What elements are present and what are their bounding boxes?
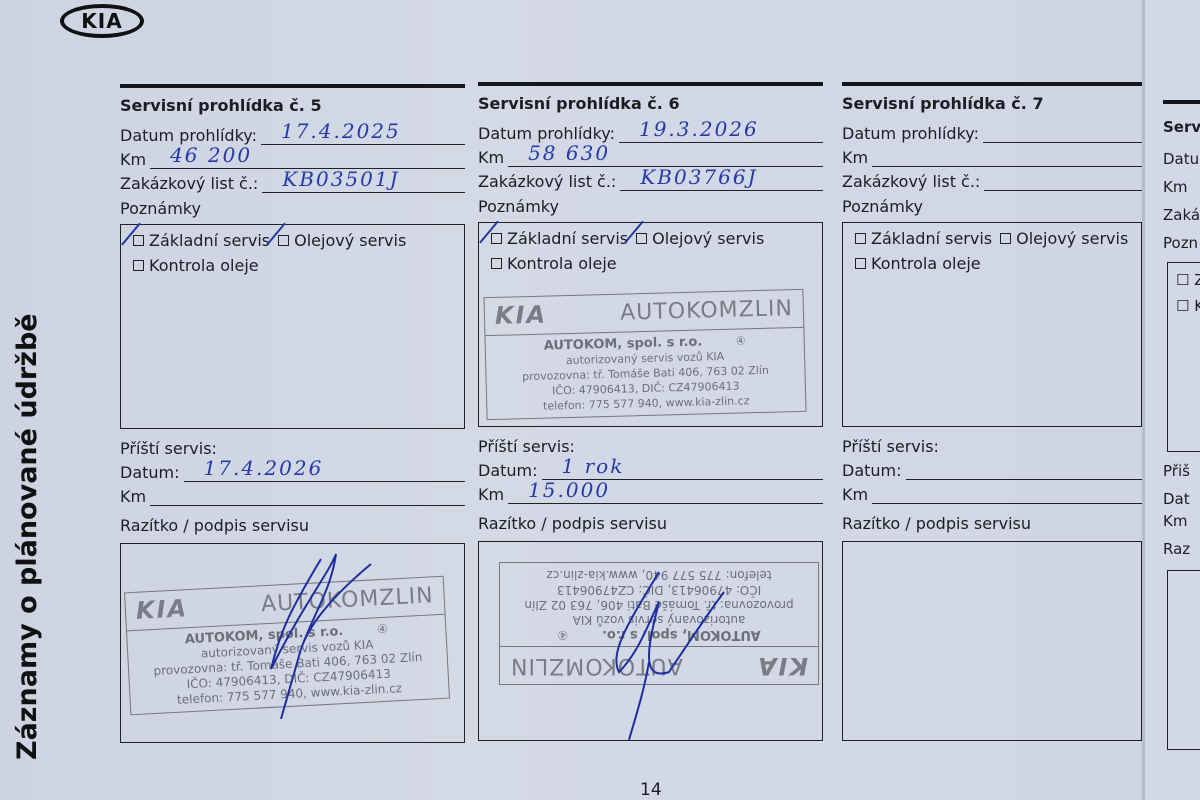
oil-check-label: Kontrola oleje bbox=[149, 256, 259, 275]
stamp-autokom-logo: AUTOKOMZLIN bbox=[510, 658, 683, 673]
oil-check-label: Kontrola oleje bbox=[507, 254, 617, 273]
basic-service-label: Základní servis bbox=[507, 229, 628, 248]
inspection-date-handwritten-value: 17.4.2025 bbox=[281, 119, 401, 143]
service-book-page: KIA Záznamy o plánované údržbě Servisní … bbox=[0, 0, 1140, 800]
order-number-field[interactable]: Zakázkový list č.: bbox=[842, 167, 1142, 191]
stamp-badge-icon: ④ bbox=[377, 622, 388, 637]
next-service-km-label: Km bbox=[478, 485, 504, 504]
next-service-date-field[interactable]: Datum: bbox=[842, 456, 1142, 480]
inspection-date-handwritten-value: 19.3.2026 bbox=[639, 117, 759, 141]
order-number-handwritten-value: KB03766J bbox=[640, 165, 757, 189]
next-service-km-label: Km bbox=[842, 485, 868, 504]
notes-label: Poznámky bbox=[842, 197, 1142, 216]
next-page-edge: Serv Datu Km Zaká Pozn ☐ Z ☐ K Přiš Dat … bbox=[1142, 0, 1200, 800]
page-number: 14 bbox=[640, 780, 662, 800]
stamp-kia-logo-icon: KIA bbox=[136, 601, 189, 619]
stamp-line: telefon: 775 577 940, www.kia-zlin.cz bbox=[506, 567, 812, 582]
stamp-body: AUTOKOM, spol. s r.o. ④ autorizovaný ser… bbox=[485, 328, 805, 419]
kia-logo-icon: KIA bbox=[60, 4, 144, 38]
stamp-signature-box: KIA AUTOKOMZLIN AUTOKOM, spol. s r.o. ④ … bbox=[120, 543, 465, 743]
notes-box: Základní servis Olejový servis Kontrola … bbox=[120, 224, 465, 429]
next-page-fragment: Přiš bbox=[1163, 462, 1190, 480]
record-title: Servisní prohlídka č. 5 bbox=[120, 96, 465, 115]
notes-label: Poznámky bbox=[478, 197, 823, 216]
mileage-field[interactable]: Km 46 200 bbox=[120, 145, 465, 169]
next-service-km-field[interactable]: Km bbox=[120, 482, 465, 506]
inspection-date-field[interactable]: Datum prohlídky: 19.3.2026 bbox=[478, 119, 823, 143]
inspection-date-line: 19.3.2026 bbox=[619, 125, 823, 143]
mileage-label: Km bbox=[478, 148, 504, 167]
mileage-label: Km bbox=[120, 150, 146, 169]
dealer-stamp: KIA AUTOKOMZLIN AUTOKOM, spol. s r.o. ④ … bbox=[483, 289, 806, 420]
oil-check-checkbox[interactable]: Kontrola oleje bbox=[133, 256, 259, 275]
basic-service-label: Základní servis bbox=[149, 231, 270, 250]
next-page-fragment: Datu bbox=[1163, 150, 1199, 168]
next-service-date-label: Datum: bbox=[842, 461, 902, 480]
next-service-date-label: Datum: bbox=[120, 463, 180, 482]
next-page-stamp-box bbox=[1167, 570, 1200, 750]
next-page-fragment: Dat bbox=[1163, 490, 1190, 508]
stamp-body: AUTOKOM, spol. s r.o. ④ autorizovaný ser… bbox=[500, 563, 818, 646]
stamp-body: AUTOKOM, spol. s r.o. ④ autorizovaný ser… bbox=[127, 615, 449, 715]
stamp-kia-logo-icon: KIA bbox=[756, 658, 808, 673]
dealer-stamp: KIA AUTOKOMZLIN AUTOKOM, spol. s r.o. ④ … bbox=[124, 576, 450, 716]
stamp-autokom-logo: AUTOKOMZLIN bbox=[261, 588, 434, 612]
mileage-label: Km bbox=[842, 148, 868, 167]
service-record-7: Servisní prohlídka č. 7 Datum prohlídky:… bbox=[842, 82, 1142, 741]
mileage-field[interactable]: Km 58 630 bbox=[478, 143, 823, 167]
stamp-badge-icon: ④ bbox=[557, 628, 568, 642]
inspection-date-label: Datum prohlídky: bbox=[842, 124, 979, 143]
checkbox-icon[interactable] bbox=[491, 233, 502, 244]
basic-service-checkbox[interactable]: Základní servis bbox=[133, 231, 270, 250]
next-service-km-field[interactable]: Km bbox=[842, 480, 1142, 504]
oil-check-checkbox[interactable]: Kontrola oleje bbox=[855, 254, 981, 273]
oil-service-checkbox[interactable]: Olejový servis bbox=[1000, 229, 1128, 248]
dealer-stamp: KIA AUTOKOMZLIN AUTOKOM, spol. s r.o. ④ … bbox=[499, 562, 819, 685]
mileage-field[interactable]: Km bbox=[842, 143, 1142, 167]
order-number-label: Zakázkový list č.: bbox=[478, 172, 616, 191]
side-title: Záznamy o plánované údržbě bbox=[12, 313, 43, 760]
checkbox-icon[interactable] bbox=[1000, 233, 1011, 244]
oil-check-label: Kontrola oleje bbox=[871, 254, 981, 273]
next-page-fragment: ☐ K bbox=[1176, 297, 1200, 315]
oil-service-label: Olejový servis bbox=[294, 231, 406, 250]
next-page-fragment: Raz bbox=[1163, 540, 1190, 558]
checkbox-icon[interactable] bbox=[636, 233, 647, 244]
stamp-company: AUTOKOM, spol. s r.o. bbox=[602, 627, 761, 642]
next-page-title-fragment: Serv bbox=[1163, 118, 1200, 136]
basic-service-checkbox[interactable]: Základní servis bbox=[855, 229, 992, 248]
oil-service-label: Olejový servis bbox=[1016, 229, 1128, 248]
next-page-notes-box: ☐ Z ☐ K bbox=[1167, 262, 1200, 452]
stamp-autokom-logo: AUTOKOMZLIN bbox=[620, 301, 793, 321]
basic-service-checkbox[interactable]: Základní servis bbox=[491, 229, 628, 248]
stamp-signature-box: KIA AUTOKOMZLIN AUTOKOM, spol. s r.o. ④ … bbox=[478, 541, 823, 741]
checkbox-icon[interactable] bbox=[278, 235, 289, 246]
notes-label: Poznámky bbox=[120, 199, 465, 218]
stamp-label: Razítko / podpis servisu bbox=[842, 514, 1142, 533]
next-page-fragment: ☐ Z bbox=[1176, 271, 1200, 289]
next-service-km-line bbox=[150, 488, 465, 506]
stamp-kia-logo-icon: KIA bbox=[495, 308, 547, 324]
mileage-handwritten-value: 46 200 bbox=[170, 143, 252, 167]
order-number-line: KB03501J bbox=[262, 175, 465, 193]
record-title: Servisní prohlídka č. 7 bbox=[842, 94, 1142, 113]
stamp-line: provozovna: tř. Tomáše Bati 406, 763 02 … bbox=[506, 597, 812, 612]
section-rule bbox=[478, 82, 823, 86]
next-service-date-field[interactable]: Datum: 1 rok bbox=[478, 456, 823, 480]
checkbox-icon[interactable] bbox=[855, 258, 866, 269]
next-service-date-handwritten-value: 17.4.2026 bbox=[204, 456, 324, 480]
checkbox-icon[interactable] bbox=[491, 258, 502, 269]
order-number-field[interactable]: Zakázkový list č.: KB03766J bbox=[478, 167, 823, 191]
stamp-header: KIA AUTOKOMZLIN bbox=[500, 646, 818, 684]
next-page-fragment: Km bbox=[1163, 178, 1187, 196]
mileage-line bbox=[872, 149, 1142, 167]
order-number-line bbox=[984, 173, 1142, 191]
next-service-label: Příští servis: bbox=[478, 437, 823, 456]
next-service-date-handwritten-value: 1 rok bbox=[562, 454, 625, 478]
next-service-km-label: Km bbox=[120, 487, 146, 506]
stamp-line: autorizovaný servis vozů KIA bbox=[506, 612, 812, 627]
basic-service-label: Základní servis bbox=[871, 229, 992, 248]
inspection-date-line: 17.4.2025 bbox=[261, 127, 465, 145]
order-number-line: KB03766J bbox=[620, 173, 823, 191]
checkbox-icon[interactable] bbox=[133, 260, 144, 271]
section-rule bbox=[120, 84, 465, 88]
next-service-date-field[interactable]: Datum: 17.4.2026 bbox=[120, 458, 465, 482]
checkbox-icon[interactable] bbox=[855, 233, 866, 244]
stamp-line: IČO: 47906413, DIČ: CZ47906413 bbox=[506, 582, 812, 597]
mileage-handwritten-value: 58 630 bbox=[528, 141, 610, 165]
next-service-km-line: 15.000 bbox=[508, 486, 823, 504]
order-number-field[interactable]: Zakázkový list č.: KB03501J bbox=[120, 169, 465, 193]
record-title: Servisní prohlídka č. 6 bbox=[478, 94, 823, 113]
section-rule bbox=[842, 82, 1142, 86]
notes-box: Základní servis Olejový servis Kontrola … bbox=[842, 222, 1142, 427]
stamp-label: Razítko / podpis servisu bbox=[120, 516, 465, 535]
oil-service-checkbox[interactable]: Olejový servis bbox=[278, 231, 406, 250]
order-number-handwritten-value: KB03501J bbox=[282, 167, 399, 191]
next-service-date-line bbox=[906, 462, 1142, 480]
stamp-signature-box bbox=[842, 541, 1142, 741]
order-number-label: Zakázkový list č.: bbox=[120, 174, 258, 193]
stamp-badge-icon: ④ bbox=[736, 334, 746, 347]
service-record-6: Servisní prohlídka č. 6 Datum prohlídky:… bbox=[478, 82, 823, 741]
notes-box: Základní servis Olejový servis Kontrola … bbox=[478, 222, 823, 427]
stamp-label: Razítko / podpis servisu bbox=[478, 514, 823, 533]
next-service-label: Příští servis: bbox=[842, 437, 1142, 456]
next-service-km-field[interactable]: Km 15.000 bbox=[478, 480, 823, 504]
next-page-fragment: Km bbox=[1163, 512, 1187, 530]
checkbox-icon[interactable] bbox=[133, 235, 144, 246]
next-service-km-handwritten-value: 15.000 bbox=[528, 478, 610, 502]
oil-check-checkbox[interactable]: Kontrola oleje bbox=[491, 254, 617, 273]
next-page-fragment: Zaká bbox=[1163, 206, 1200, 224]
oil-service-label: Olejový servis bbox=[652, 229, 764, 248]
next-service-km-line bbox=[872, 486, 1142, 504]
service-record-5: Servisní prohlídka č. 5 Datum prohlídky:… bbox=[120, 84, 465, 743]
order-number-label: Zakázkový list č.: bbox=[842, 172, 980, 191]
inspection-date-field[interactable]: Datum prohlídky: 17.4.2025 bbox=[120, 121, 465, 145]
next-page-fragment: Pozn bbox=[1163, 234, 1198, 252]
next-page-rule bbox=[1163, 100, 1200, 104]
next-service-date-line: 17.4.2026 bbox=[184, 464, 465, 482]
oil-service-checkbox[interactable]: Olejový servis bbox=[636, 229, 764, 248]
inspection-date-line bbox=[983, 125, 1142, 143]
inspection-date-field[interactable]: Datum prohlídky: bbox=[842, 119, 1142, 143]
